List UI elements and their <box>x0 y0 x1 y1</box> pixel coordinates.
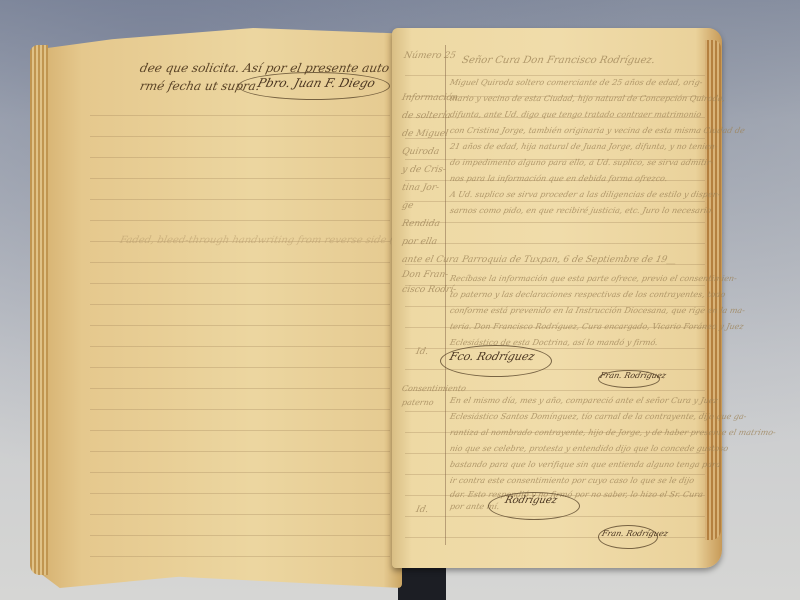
left-signature: Pbro. Juan F. Diego <box>256 76 377 90</box>
margin-number: Número 25 <box>402 46 458 67</box>
left-page-edges <box>30 45 48 575</box>
entry-heading: Señor Cura Don Francisco Rodríguez. <box>460 50 657 71</box>
signature-3: Rodríguez <box>504 495 559 506</box>
margin-note-consent: paterno <box>400 392 436 413</box>
signature-2: Fran. Rodríguez <box>599 371 667 380</box>
signature-4: Fran. Rodríguez <box>601 529 669 538</box>
text-line: sarnos como pido, en que recibiré justic… <box>448 200 716 221</box>
signature-1: Fco. Rodríguez <box>448 350 536 363</box>
left-page-ruling <box>90 95 390 565</box>
